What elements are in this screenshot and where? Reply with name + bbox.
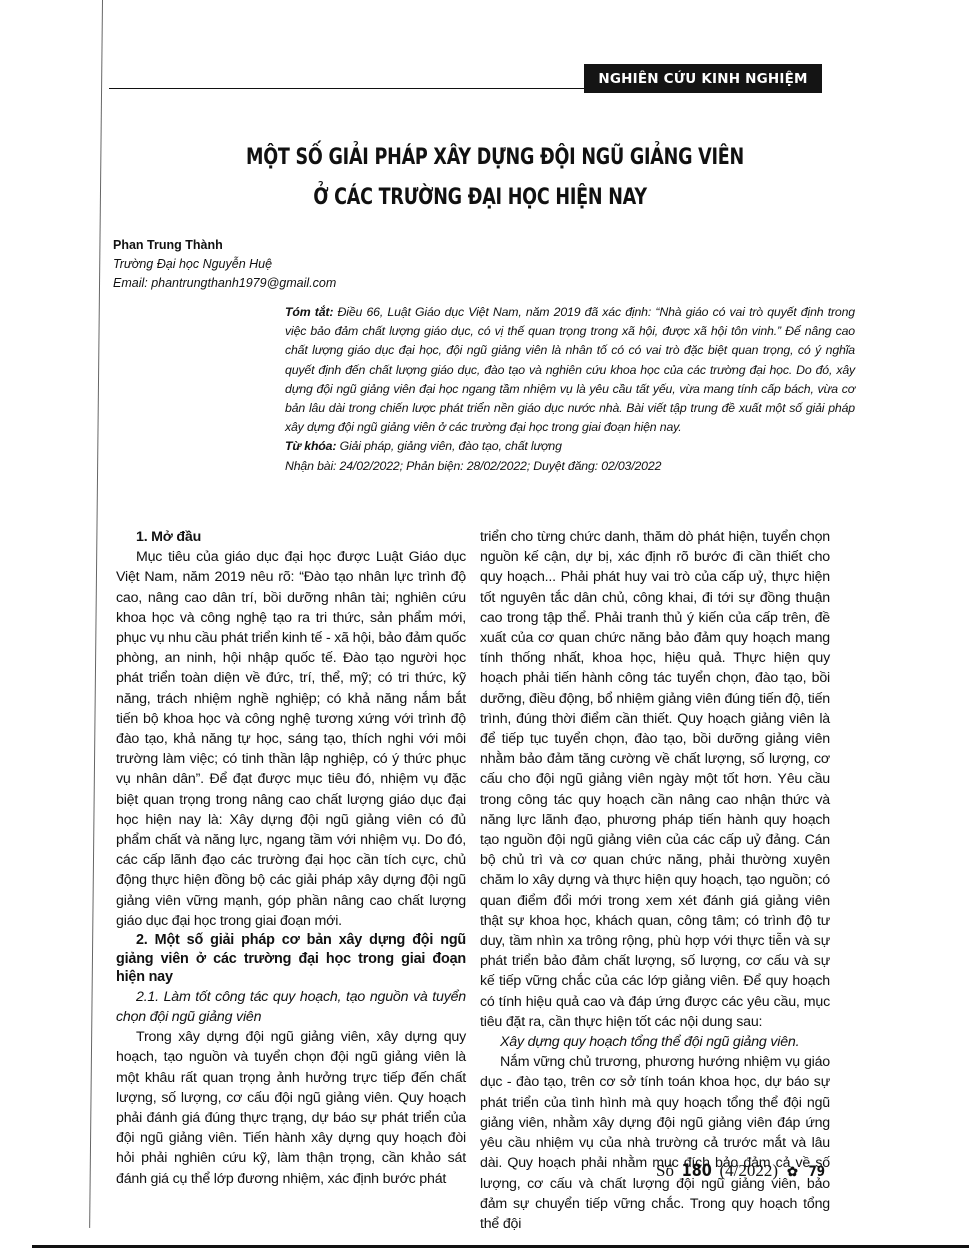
title-line-1: MỘT SỐ GIẢI PHÁP XÂY DỰNG ĐỘI NGŨ GIẢNG …	[246, 137, 714, 177]
header-rule	[109, 88, 593, 89]
section-heading-solutions: 2. Một số giải pháp cơ bản xây dựng đội …	[116, 931, 466, 987]
bottom-rule	[32, 1245, 969, 1248]
keywords-label: Từ khóa:	[285, 439, 336, 453]
section-heading-intro: 1. Mở đầu	[116, 527, 466, 547]
planning-continued-paragraph: triển cho từng chức danh, thăm dò phát h…	[480, 527, 830, 1032]
issue-prefix: Số	[656, 1161, 674, 1181]
right-column: triển cho từng chức danh, thăm dò phát h…	[480, 527, 830, 1234]
issue-number: 180	[682, 1161, 712, 1181]
planning-paragraph: Trong xây dựng đội ngũ giảng viên, xây d…	[116, 1027, 466, 1189]
section-tag-label: NGHIÊN CỨU KINH NGHIỆM	[598, 71, 807, 87]
abstract-text-block: Tóm tắt: Điều 66, Luật Giáo dục Việt Nam…	[285, 303, 855, 437]
issue-date: (4/2022)	[719, 1161, 778, 1181]
title-line-2: Ở CÁC TRƯỜNG ĐẠI HỌC HIỆN NAY	[246, 177, 714, 217]
keywords-text: Giải pháp, giảng viên, đào tạo, chất lượ…	[336, 439, 562, 453]
author-name: Phan Trung Thành	[113, 236, 336, 255]
article-title: MỘT SỐ GIẢI PHÁP XÂY DỰNG ĐỘI NGŨ GIẢNG …	[246, 137, 714, 217]
subsection-heading-2-1: 2.1. Làm tốt công tác quy hoạch, tạo ngu…	[116, 987, 466, 1027]
left-column: 1. Mở đầu Mục tiêu của giáo dục đại học …	[116, 527, 466, 1189]
page-margin-line	[89, 0, 103, 1228]
section-tag: NGHIÊN CỨU KINH NGHIỆM	[584, 64, 822, 93]
author-email: Email: phantrungthanh1979@gmail.com	[113, 274, 336, 293]
overall-planning-paragraph: Nắm vững chủ trương, phương hướng nhiệm …	[480, 1052, 830, 1234]
keywords-block: Từ khóa: Giải pháp, giảng viên, đào tạo,…	[285, 437, 855, 456]
author-affiliation: Trường Đại học Nguyễn Huệ	[113, 255, 336, 274]
abstract-text: Điều 66, Luật Giáo dục Việt Nam, năm 201…	[285, 305, 855, 434]
author-block: Phan Trung Thành Trường Đại học Nguyễn H…	[113, 236, 336, 293]
flower-ornament-icon: ✿	[787, 1164, 798, 1180]
intro-paragraph: Mục tiêu của giáo dục đại học được Luật …	[116, 547, 466, 931]
article-dates: Nhận bài: 24/02/2022; Phản biện: 28/02/2…	[285, 457, 855, 476]
abstract-block: Tóm tắt: Điều 66, Luật Giáo dục Việt Nam…	[285, 303, 855, 476]
page-number: 79	[808, 1164, 825, 1180]
page-footer: Số 180 (4/2022) ✿ 79	[656, 1161, 826, 1181]
abstract-label: Tóm tắt:	[285, 305, 333, 319]
overall-planning-subheading: Xây dựng quy hoạch tổng thể đội ngũ giản…	[480, 1032, 830, 1052]
